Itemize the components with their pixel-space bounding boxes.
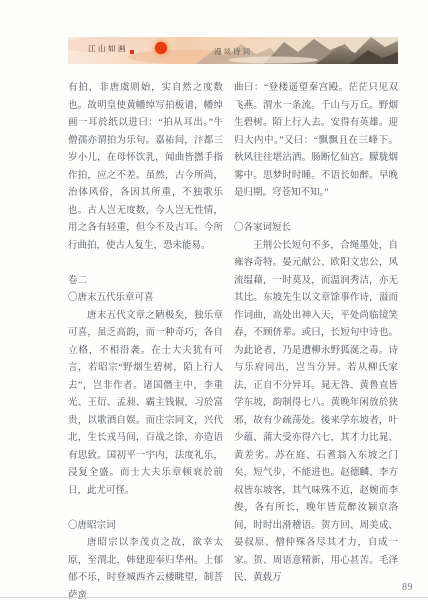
paragraph-quoted-verses: 曲曰：“登楼遥望秦宫殿。茫茫只见双飞燕。渭水一条流。千山与万丘。野烟生碧树。陌上… [234, 80, 398, 203]
paragraph-continuation: 有拍，非唐虞则始，实自然之度数也。故明皇使黄幡绰写拍板谱，幡绰画一耳於纸以进曰：… [68, 80, 223, 255]
page-body: 有拍，非唐虞则始，实自然之度数也。故明皇使黄幡绰写拍板谱，幡绰画一耳於纸以进曰：… [68, 80, 398, 600]
page-bottom-edge [0, 597, 428, 598]
landscape-painting: 江山如画 漫谈诗词 [68, 37, 398, 64]
book-page: 江山如画 漫谈诗词 有拍，非唐虞则始，实自然之度数也。故明皇使黄幡绰写拍板谱，幡… [0, 0, 428, 600]
right-text-column: 曲曰：“登楼遥望秦宫殿。茫茫只见双飞燕。渭水一条流。千山与万丘。野烟生碧树。陌上… [234, 80, 398, 600]
banner-subtitle-calligraphy: 漫谈诗词 [214, 46, 252, 56]
mist-band [228, 57, 318, 64]
section-title-tang-zhaozong-ci: 〇唐昭宗词 [68, 518, 223, 536]
section-title-late-tang-songs: 〇唐末五代乐章可喜 [68, 290, 223, 308]
header-banner-artwork: 江山如画 漫谈诗词 [68, 37, 398, 64]
paragraph-merits-of-ci-writers: 王荆公长短句不多，合绳墨处，自雍容奇特。晏元献公、欧阳文忠公，风流缊藉，一时莫及… [234, 238, 398, 588]
chapter-heading: 卷二 [68, 273, 223, 291]
seal-icon [130, 50, 134, 54]
paragraph-late-tang-songs: 唐末五代文章之陋极矣，独乐章可喜，虽乏高韵，而一种奇巧，各自立格，不相沿袭。在士… [68, 308, 223, 501]
red-sun-icon [155, 42, 167, 54]
left-text-column: 有拍，非唐虞则始，实自然之度数也。故明皇使黄幡绰写拍板谱，幡绰画一耳於纸以进曰：… [68, 80, 223, 600]
paragraph-tang-zhaozong-ci: 唐昭宗以李茂贞之故，欲幸太原，至渭北，韩建迎奉归华州。上郁郁不乐，时登城西齐云楼… [68, 535, 223, 600]
banner-title-calligraphy: 江山如画 [88, 43, 128, 53]
page-number: 89 [402, 582, 413, 593]
section-title-merits-of-ci-writers: 〇各家词短长 [234, 220, 398, 238]
